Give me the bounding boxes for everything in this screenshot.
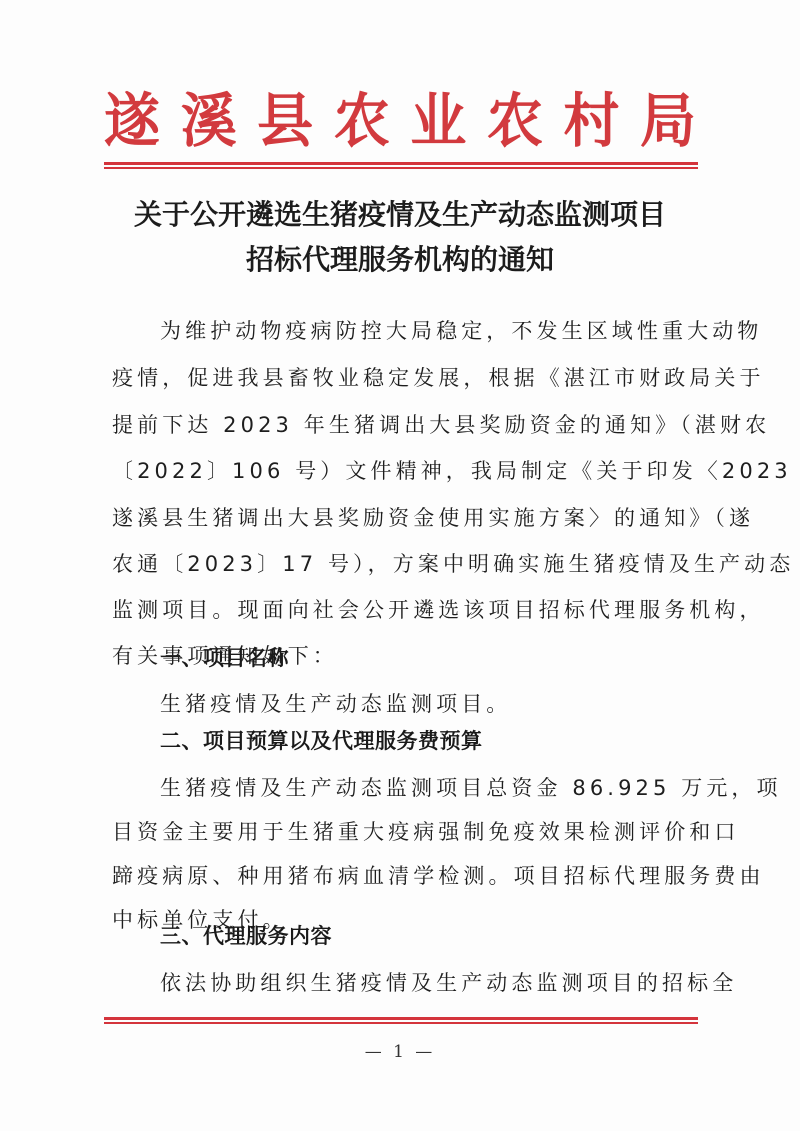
section-body-line: 生猪疫情及生产动态监测项目。	[160, 689, 692, 719]
section-heading-project-name: 一、项目名称	[160, 643, 289, 673]
header-char: 农	[334, 86, 390, 155]
section-heading-budget: 二、项目预算以及代理服务费预算	[160, 726, 483, 756]
header-char: 业	[410, 86, 466, 155]
intro-line: 农通〔2023〕17 号），方案中明确实施生猪疫情及生产动态	[112, 549, 692, 579]
intro-line: 遂溪县生猪调出大县奖励资金使用实施方案〉的通知》（遂	[112, 503, 692, 533]
document-title-line-2: 招标代理服务机构的通知	[100, 238, 700, 278]
page-number: — 1 —	[0, 1042, 800, 1062]
divider-thin-line	[104, 1022, 698, 1024]
section-body-line: 蹄疫病原、种用猪布病血清学检测。项目招标代理服务费由	[112, 861, 692, 891]
divider-thin-line	[104, 167, 698, 169]
intro-line: 提前下达 2023 年生猪调出大县奖励资金的通知》（湛财农	[112, 410, 692, 440]
header-char: 村	[563, 86, 619, 155]
intro-line: 疫情，促进我县畜牧业稳定发展，根据《湛江市财政局关于	[112, 363, 692, 393]
section-body-line: 生猪疫情及生产动态监测项目总资金 86.925 万元，项	[160, 773, 692, 803]
header-char: 农	[487, 86, 543, 155]
issuing-authority-header: 遂 溪 县 农 业 农 村 局	[104, 88, 696, 154]
header-char: 县	[257, 86, 313, 155]
section-body-line: 目资金主要用于生猪重大疫病强制免疫效果检测评价和口	[112, 817, 692, 847]
document-title-line-1: 关于公开遴选生猪疫情及生产动态监测项目	[100, 193, 700, 233]
header-red-divider	[104, 162, 698, 169]
intro-line: 为维护动物疫病防控大局稳定，不发生区域性重大动物	[160, 316, 692, 346]
divider-thick-line	[104, 1017, 698, 1020]
intro-line: 〔2022〕106 号）文件精神，我局制定《关于印发〈2023 年	[112, 456, 692, 486]
header-char: 溪	[181, 86, 237, 155]
footer-red-divider	[104, 1017, 698, 1024]
section-body-line: 依法协助组织生猪疫情及生产动态监测项目的招标全	[160, 968, 692, 998]
header-char: 遂	[104, 86, 160, 155]
divider-thick-line	[104, 162, 698, 165]
document-page: 遂 溪 县 农 业 农 村 局 关于公开遴选生猪疫情及生产动态监测项目 招标代理…	[0, 0, 800, 1131]
intro-line: 监测项目。现面向社会公开遴选该项目招标代理服务机构，	[112, 595, 692, 625]
header-char: 局	[640, 86, 696, 155]
section-heading-service-content: 三、代理服务内容	[160, 921, 332, 951]
